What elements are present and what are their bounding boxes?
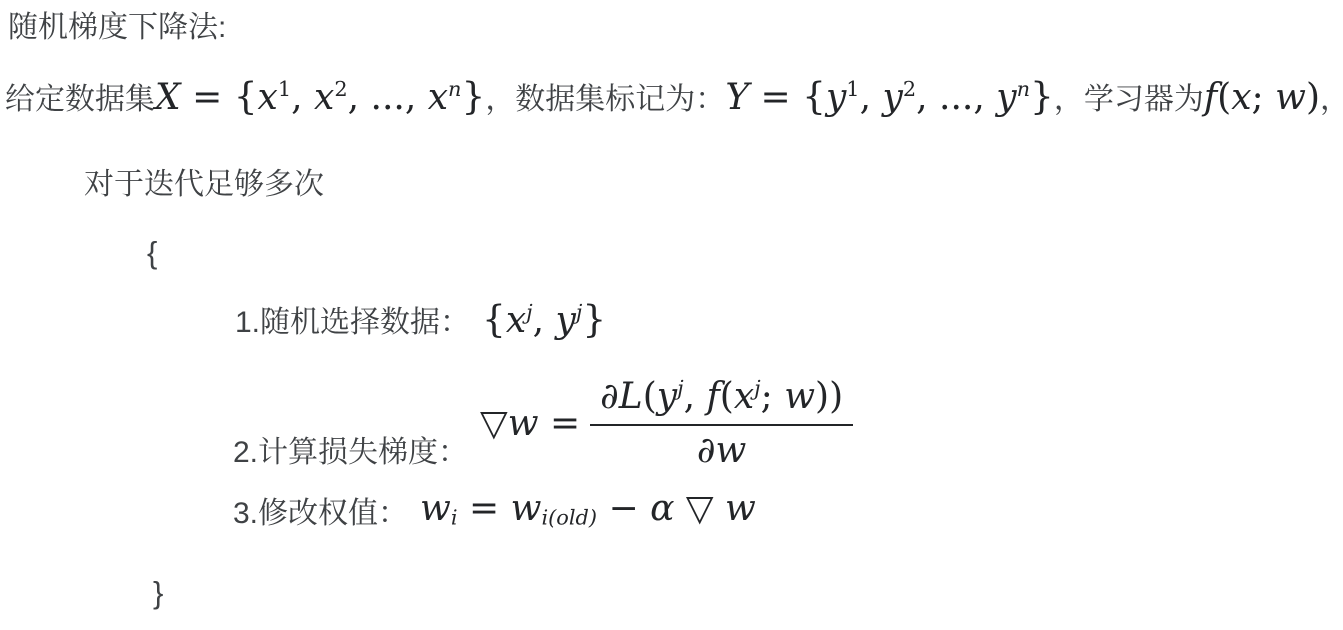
open-brace: { bbox=[147, 234, 157, 273]
step-3-row: 3.修改权值： wi = wi(old) − α ▽ w bbox=[233, 492, 756, 533]
page-title: 随机梯度下降法: bbox=[8, 9, 226, 47]
gradient-denominator: ∂w bbox=[697, 426, 746, 471]
given-prefix-text: 给定数据集 bbox=[5, 83, 155, 116]
learner-label-text: ，学习器为 bbox=[1054, 83, 1204, 116]
gradient-fraction: ∂L(yj, f(xj; w)) ∂w bbox=[590, 377, 853, 472]
step-3-label: 3.修改权值： bbox=[233, 495, 408, 533]
sample-formula: {xj, yj} bbox=[482, 299, 606, 341]
dataset-y-formula: Y = {y1, y2, ..., yn} bbox=[725, 77, 1054, 118]
learning-rate-label-text: ，学习率 bbox=[1320, 83, 1343, 116]
gradient-lhs: ▽w = bbox=[480, 404, 580, 444]
close-brace: } bbox=[153, 574, 163, 613]
gradient-numerator: ∂L(yj, f(xj; w)) bbox=[590, 377, 853, 426]
dataset-x-formula: X = {x1, x2, ..., xn} bbox=[155, 77, 485, 118]
dataset-label-text: ，数据集标记为： bbox=[485, 83, 725, 116]
step-1-label: 1.随机选择数据： bbox=[235, 304, 470, 342]
step-2-row: 2.计算损失梯度： ▽w = ∂L(yj, f(xj; w)) ∂w bbox=[233, 377, 853, 472]
learner-formula: f(x; w) bbox=[1204, 77, 1320, 118]
update-formula: wi = wi(old) − α ▽ w bbox=[420, 489, 756, 530]
loop-condition-text: 对于迭代足够多次 bbox=[84, 166, 324, 204]
given-line: 给定数据集X = {x1, x2, ..., xn}，数据集标记为：Y = {y… bbox=[5, 76, 1343, 119]
step-1-row: 1.随机选择数据： {xj, yj} bbox=[235, 299, 606, 341]
gradient-formula: ▽w = ∂L(yj, f(xj; w)) ∂w bbox=[480, 377, 853, 472]
step-2-label: 2.计算损失梯度： bbox=[233, 434, 468, 472]
